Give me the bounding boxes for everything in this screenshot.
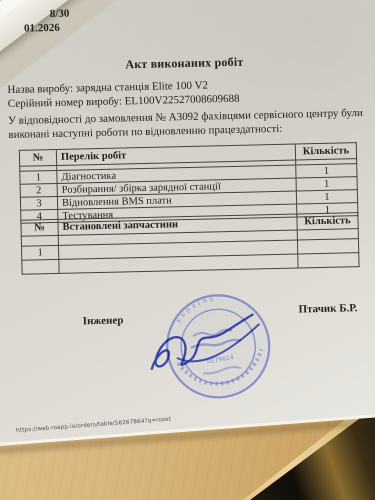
header-num: №	[21, 219, 58, 236]
header-qty: Кількість	[297, 213, 358, 230]
cell-qty	[297, 239, 358, 254]
cell-num	[22, 259, 59, 274]
corner-note-line1: 8/30	[50, 8, 70, 20]
cell-num: 2	[20, 183, 57, 197]
corner-note-line2: 01.2026	[24, 22, 60, 35]
header-qty: Кількість	[295, 143, 356, 160]
header-num: №	[19, 149, 56, 166]
parts-table: № Встановлені запчастини Кількість 1	[20, 212, 359, 275]
engineer-name: Птачик Б.Р.	[298, 302, 357, 315]
doc-title: Акт виконаних робіт	[0, 52, 372, 76]
cell-qty	[298, 253, 359, 268]
signature-scribble	[140, 296, 282, 384]
works-table: № Перелік робіт Кількість 1 Діагностика …	[19, 142, 359, 224]
cell-num: 1	[22, 245, 59, 260]
cell-num: 1	[20, 170, 57, 184]
photo-scene: 8/30 01.2026 Акт виконаних робіт Назва в…	[0, 0, 375, 500]
engineer-label: Інженер	[83, 314, 124, 327]
cell-num: 3	[20, 196, 57, 210]
